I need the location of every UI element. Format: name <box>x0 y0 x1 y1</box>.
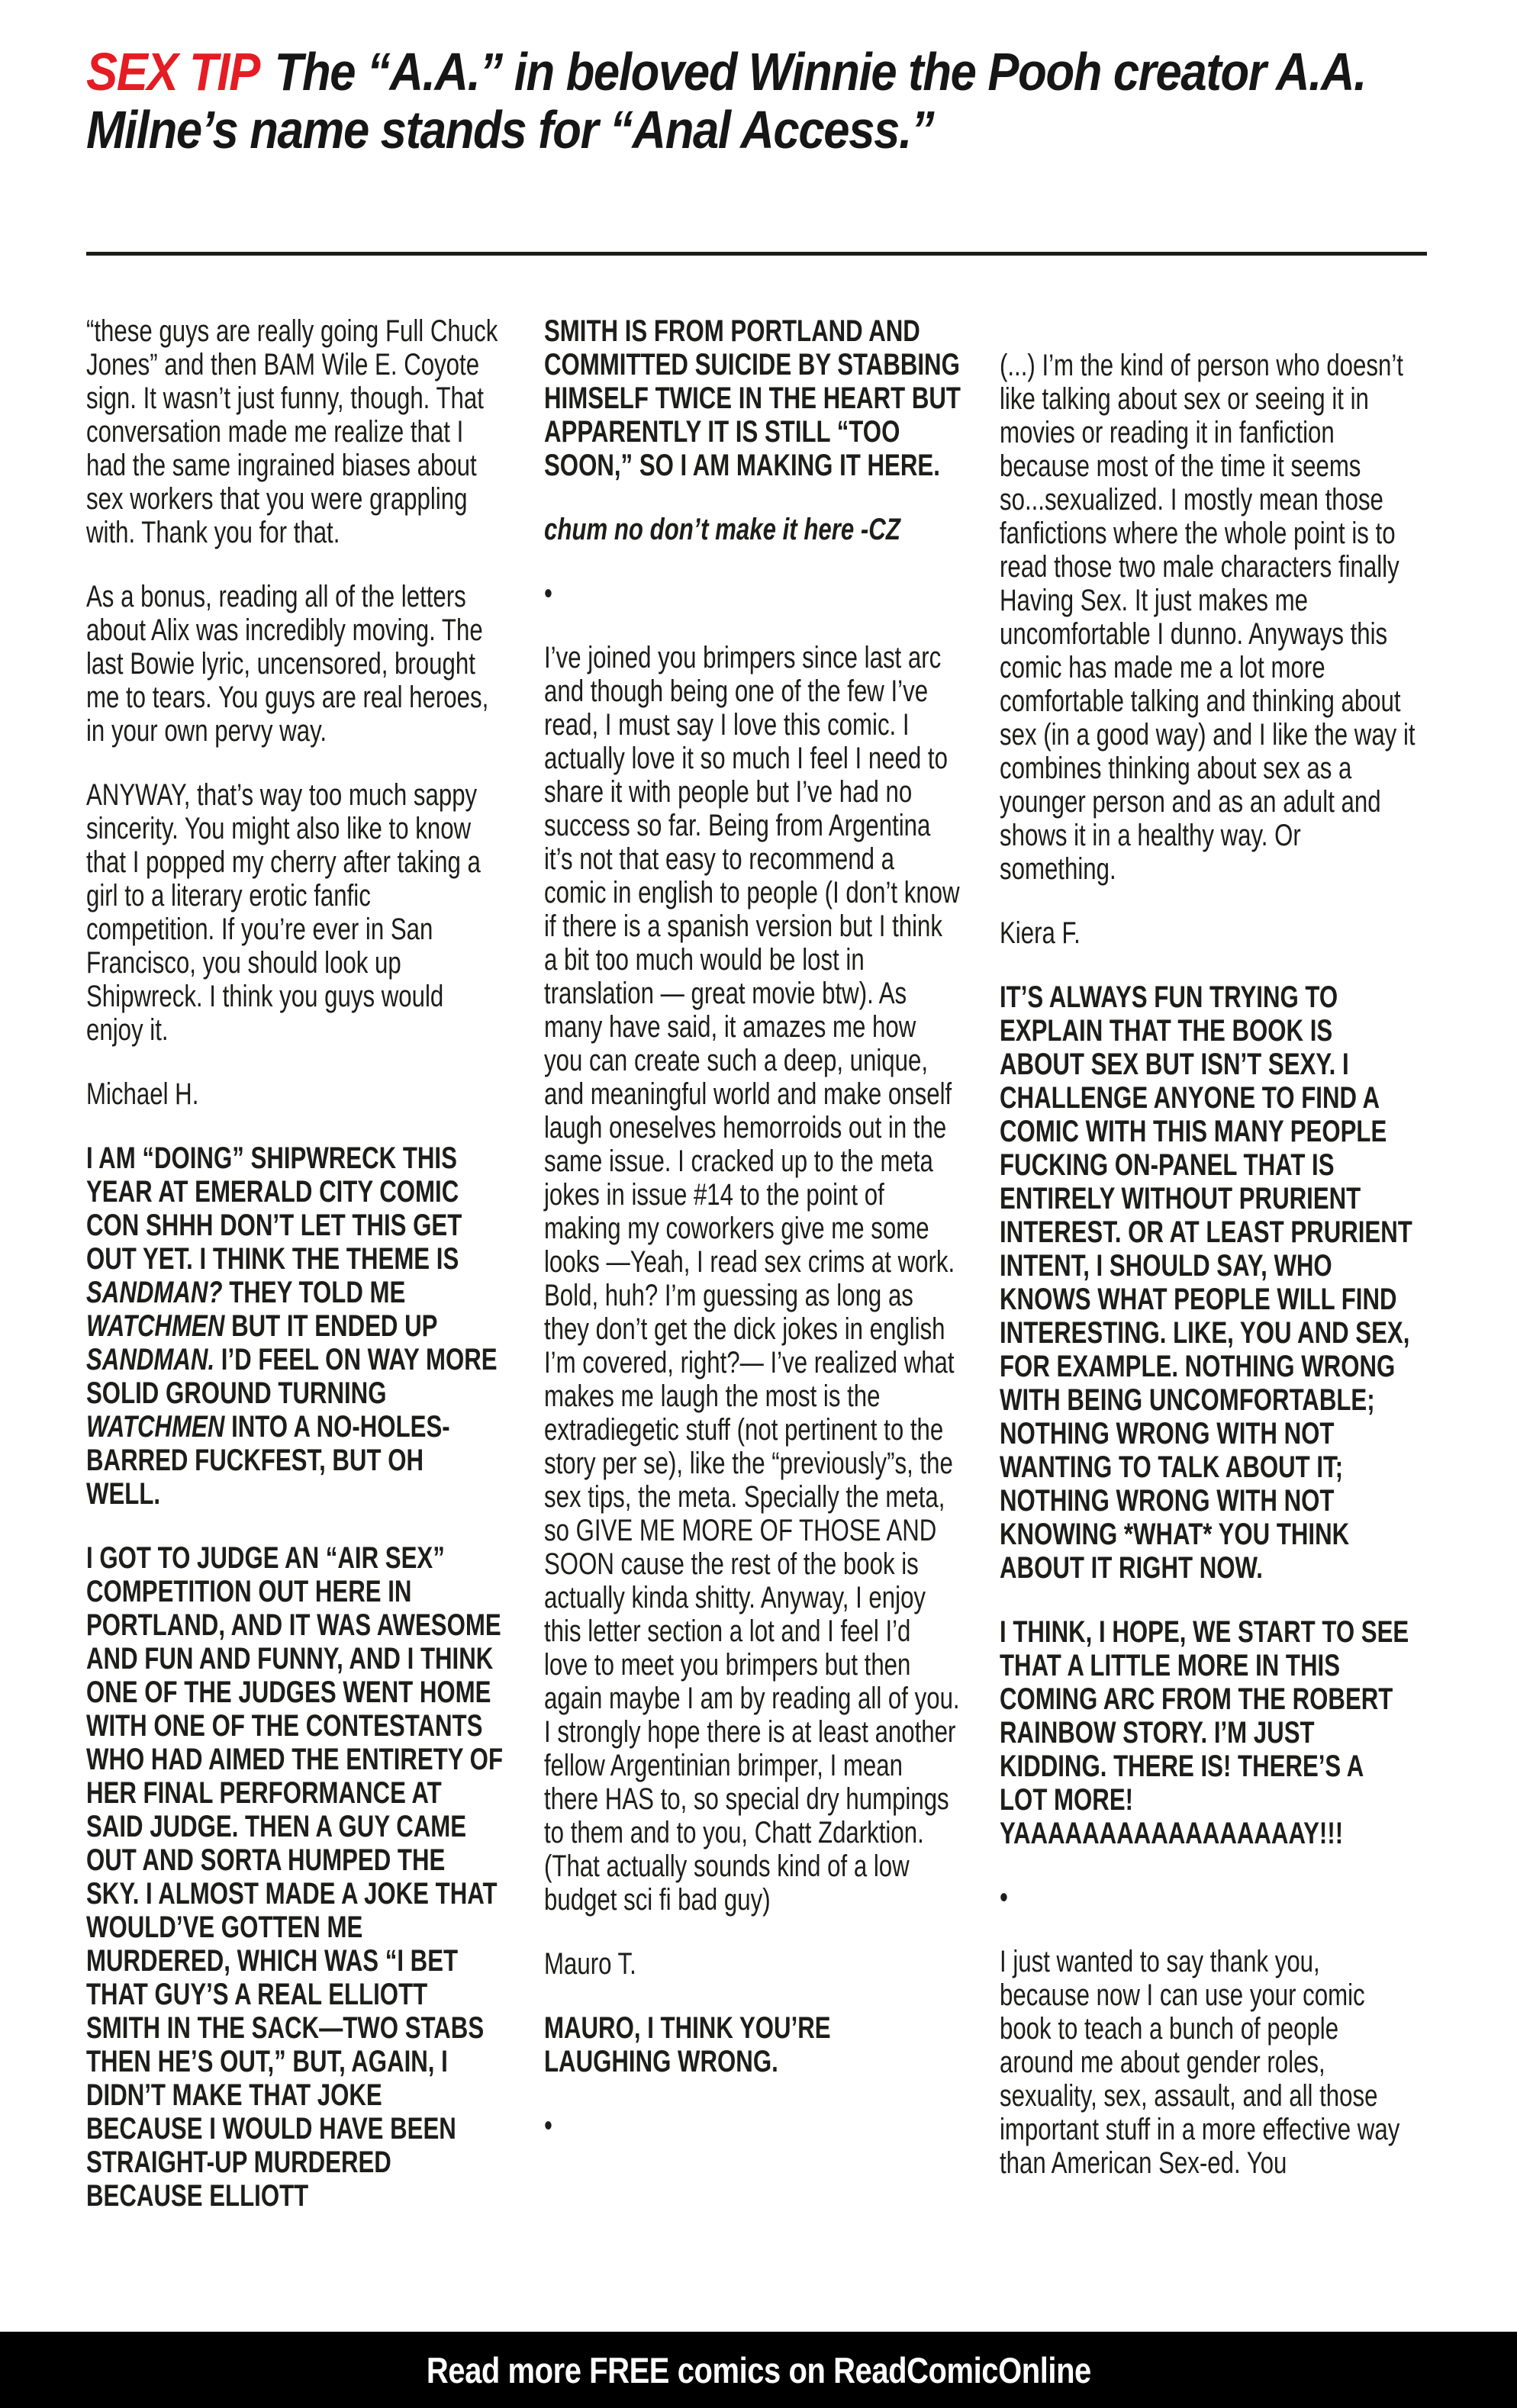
letter-paragraph: As a bonus, reading all of the letters a… <box>86 580 503 748</box>
letters-page: SEX TIPThe “A.A.” in beloved Winnie the … <box>0 0 1517 2408</box>
italic-title-run: WATCHMEN <box>86 1309 224 1343</box>
letter-paragraph: I’ve joined you brimpers since last arc … <box>544 641 961 1917</box>
letter-paragraph: chum no don’t make it here -CZ <box>544 513 961 546</box>
sex-tip-header: SEX TIPThe “A.A.” in beloved Winnie the … <box>86 43 1517 159</box>
letters-column-2: SMITH IS FROM PORTLAND AND COMMITTED SUI… <box>544 314 971 2173</box>
sex-tip-label: SEX TIP <box>86 42 259 101</box>
letter-paragraph: MAURO, I THINK YOU’RE LAUGHING WRONG. <box>544 2011 961 2078</box>
section-separator-bullet: • <box>544 2109 961 2142</box>
footer-link[interactable]: Read more FREE comics on ReadComicOnline <box>426 2349 1090 2391</box>
letters-column-3-text: (...) I’m the kind of person who doesn’t… <box>1000 349 1416 2180</box>
letter-paragraph: Kiera F. <box>1000 916 1416 950</box>
letter-paragraph: I just wanted to say thank you, because … <box>1000 1945 1416 2180</box>
letter-paragraph: I THINK, I HOPE, WE START TO SEE THAT A … <box>1000 1615 1416 1850</box>
italic-title-run: SANDMAN? <box>86 1276 223 1309</box>
divider-rule <box>86 252 1427 256</box>
text-run: BUT IT ENDED UP <box>224 1309 437 1343</box>
letter-paragraph: I GOT TO JUDGE AN “AIR SEX” COMPETITION … <box>86 1541 503 2213</box>
letter-paragraph: (...) I’m the kind of person who doesn’t… <box>1000 349 1416 886</box>
letters-column-1-text: “these guys are really going Full Chuck … <box>86 314 503 2213</box>
text-run: THEY TOLD ME <box>223 1276 406 1309</box>
italic-title-run: WATCHMEN <box>86 1410 224 1444</box>
section-separator-bullet: • <box>544 577 961 610</box>
section-separator-bullet: • <box>1000 1881 1416 1914</box>
letter-paragraph: Mauro T. <box>544 1947 961 1981</box>
letter-paragraph: “these guys are really going Full Chuck … <box>86 314 503 549</box>
letter-paragraph: I AM “DOING” SHIPWRECK THIS YEAR AT EMER… <box>86 1141 503 1511</box>
sex-tip-text: The “A.A.” in beloved Winnie the Pooh cr… <box>86 42 1366 159</box>
letters-column-2-text: SMITH IS FROM PORTLAND AND COMMITTED SUI… <box>544 314 961 2142</box>
text-run: I AM “DOING” SHIPWRECK THIS YEAR AT EMER… <box>86 1141 462 1276</box>
letter-paragraph: IT’S ALWAYS FUN TRYING TO EXPLAIN THAT T… <box>1000 980 1416 1585</box>
letters-column-3: (...) I’m the kind of person who doesn’t… <box>1000 349 1427 2210</box>
letter-paragraph: ANYWAY, that’s way too much sappy sincer… <box>86 778 503 1047</box>
letters-column-1: “these guys are really going Full Chuck … <box>86 314 514 2243</box>
letter-paragraph: SMITH IS FROM PORTLAND AND COMMITTED SUI… <box>544 314 961 482</box>
footer-banner: Read more FREE comics on ReadComicOnline <box>0 2332 1517 2408</box>
letter-paragraph: Michael H. <box>86 1077 503 1111</box>
italic-title-run: SANDMAN. <box>86 1343 214 1376</box>
sex-tip-headline: SEX TIPThe “A.A.” in beloved Winnie the … <box>86 43 1416 159</box>
